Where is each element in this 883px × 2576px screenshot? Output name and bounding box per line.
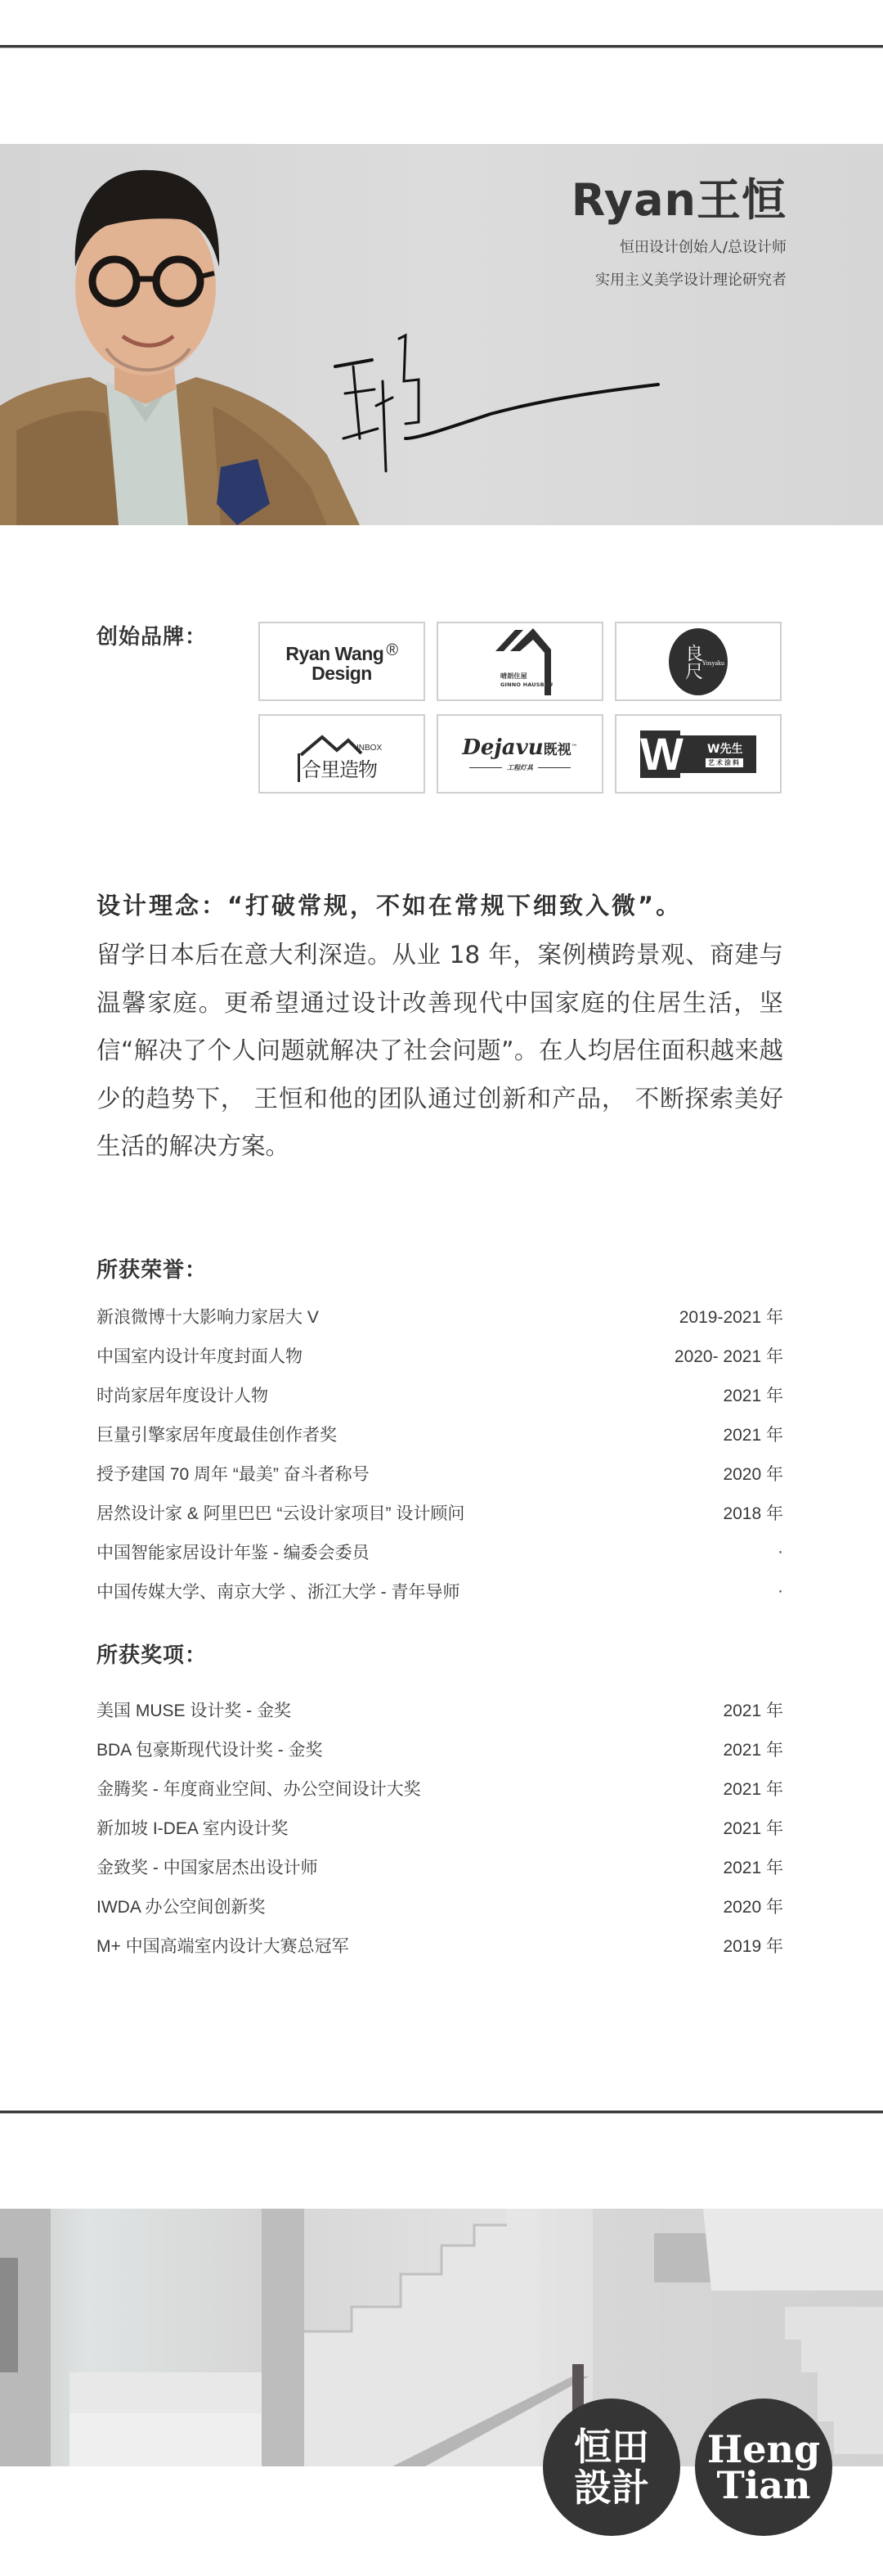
hengtian-cn-badge: 恒田 設計 xyxy=(543,2398,680,2536)
honor-year: 2018 年 xyxy=(723,1500,783,1525)
honor-year: 2021 年 xyxy=(723,1422,783,1446)
award-year: 2021 年 xyxy=(723,1776,783,1801)
awards-list: 美国 MUSE 设计奖 - 金奖2021 年 BDA 包豪斯现代设计奖 - 金奖… xyxy=(96,1690,783,1965)
honor-name: 中国传媒大学、南京大学 、浙江大学 - 青年导师 xyxy=(96,1579,460,1603)
design-philosophy-body: 留学日本后在意大利深造。从业 18 年，案例横跨景观、商建与温馨家庭。更希望通过… xyxy=(96,931,783,1171)
honors-list: 新浪微博十大影响力家居大 V2019-2021 年 中国室内设计年度封面人物20… xyxy=(96,1297,783,1611)
registered-mark-icon: ® xyxy=(386,641,397,659)
awards-heading: 所获奖项： xyxy=(96,1639,207,1669)
badge-en-line1: Heng xyxy=(707,2431,820,2467)
award-year: 2021 年 xyxy=(723,1854,783,1879)
award-row: M+ 中国高端室内设计大赛总冠军2019 年 xyxy=(96,1926,783,1965)
award-year: 2021 年 xyxy=(723,1737,783,1761)
logo-cn-text: 晴朗住屋 xyxy=(500,672,553,681)
award-row: IWDA 办公空间创新奖2020 年 xyxy=(96,1886,783,1926)
honor-year: 2021 年 xyxy=(723,1382,783,1407)
hero-banner: Ryan王恒 恒田设计创始人/总设计师 实用主义美学设计理论研究者 xyxy=(0,144,883,525)
logo-letter: W xyxy=(640,731,680,778)
designer-title: 恒田设计创始人/总设计师 xyxy=(620,236,787,257)
honor-row: 授予建国 70 周年 “最美” 奋斗者称号2020 年 xyxy=(96,1454,783,1493)
award-name: 金腾奖 - 年度商业空间、办公空间设计大奖 xyxy=(96,1776,421,1801)
logo-en-text: INBOX xyxy=(356,744,382,753)
badge-cn-line1: 恒田 xyxy=(574,2426,649,2467)
award-name: 美国 MUSE 设计奖 - 金奖 xyxy=(96,1697,291,1722)
award-row: BDA 包豪斯现代设计奖 - 金奖2021 年 xyxy=(96,1729,783,1769)
honor-name: 时尚家居年度设计人物 xyxy=(96,1382,268,1407)
award-name: BDA 包豪斯现代设计奖 - 金奖 xyxy=(96,1737,323,1761)
brand-logo-grid: Ryan Wang® Design 晴朗住屋 GINNO HAUSBAU 良尺 … xyxy=(258,622,783,793)
honor-row: 中国传媒大学、南京大学 、浙江大学 - 青年导师· xyxy=(96,1571,783,1611)
award-year: 2019 年 xyxy=(723,1933,783,1958)
honor-row: 中国室内设计年度封面人物2020- 2021 年 xyxy=(96,1336,783,1375)
logo-ryan-wang-design: Ryan Wang® Design xyxy=(258,622,425,701)
honor-name: 居然设计家 & 阿里巴巴 “云设计家项目” 设计顾问 xyxy=(96,1500,464,1525)
award-name: 新加坡 I-DEA 室内设计奖 xyxy=(96,1815,289,1840)
signature-image xyxy=(327,332,679,479)
logo-inbox: INBOX 合里造物 xyxy=(258,714,425,793)
award-row: 金腾奖 - 年度商业空间、办公空间设计大奖2021 年 xyxy=(96,1769,783,1808)
award-row: 金致奖 - 中国家居杰出设计师2021 年 xyxy=(96,1847,783,1886)
logo-ginno-hausbau: 晴朗住屋 GINNO HAUSBAU xyxy=(437,622,603,701)
logo-mr-w: W W先生 艺术涂料 xyxy=(615,714,782,793)
divider-line xyxy=(538,767,571,768)
logo-dejavu: Dejavu既视™ 工程灯具 xyxy=(437,714,603,793)
award-row: 新加坡 I-DEA 室内设计奖2021 年 xyxy=(96,1808,783,1847)
logo-cn-text: 合里造物 xyxy=(298,753,377,782)
logo-tagline: 工程灯具 xyxy=(507,763,533,772)
award-row: 美国 MUSE 设计奖 - 金奖2021 年 xyxy=(96,1690,783,1729)
logo-yosyaku: 良尺 Yosyaku xyxy=(615,622,782,701)
logo-text-line2: Design xyxy=(312,663,372,684)
honor-name: 中国室内设计年度封面人物 xyxy=(96,1343,303,1368)
designer-role: 实用主义美学设计理论研究者 xyxy=(595,268,787,290)
award-year: 2021 年 xyxy=(723,1697,783,1722)
portrait-photo xyxy=(0,144,360,525)
logo-cn-text: W先生 xyxy=(707,740,742,757)
honor-row: 时尚家居年度设计人物2021 年 xyxy=(96,1375,783,1414)
award-year: 2021 年 xyxy=(723,1815,783,1840)
logo-en-text: Yosyaku xyxy=(701,659,724,667)
honor-row: 巨量引擎家居年度最佳创作者奖2021 年 xyxy=(96,1414,783,1454)
logo-en-text: Dejavu xyxy=(462,735,543,760)
honor-year: · xyxy=(778,1542,783,1562)
logo-en-text: GINNO HAUSBAU xyxy=(500,681,553,689)
brands-label: 创始品牌： xyxy=(96,620,207,650)
award-name: M+ 中国高端室内设计大赛总冠军 xyxy=(96,1933,349,1958)
bottom-divider xyxy=(0,2111,883,2113)
hengtian-en-badge: Heng Tian xyxy=(695,2398,832,2536)
award-year: 2020 年 xyxy=(723,1894,783,1918)
trademark-icon: ™ xyxy=(571,744,578,751)
honor-year: 2020- 2021 年 xyxy=(675,1343,783,1368)
honor-name: 中国智能家居设计年鉴 - 编委会委员 xyxy=(96,1540,370,1564)
award-name: IWDA 办公空间创新奖 xyxy=(96,1894,266,1918)
honor-row: 中国智能家居设计年鉴 - 编委会委员· xyxy=(96,1532,783,1571)
house-roof-icon xyxy=(463,627,577,700)
honor-name: 巨量引擎家居年度最佳创作者奖 xyxy=(96,1422,337,1446)
honor-name: 新浪微博十大影响力家居大 V xyxy=(96,1304,319,1328)
logo-cn-text: 既视 xyxy=(544,742,571,758)
w-block-mark: W W先生 艺术涂料 xyxy=(640,735,756,773)
logo-text-line1: Ryan Wang xyxy=(285,643,383,664)
honor-name: 授予建国 70 周年 “最美” 奋斗者称号 xyxy=(96,1461,370,1486)
badge-en-line2: Tian xyxy=(707,2467,820,2503)
honor-year: 2019-2021 年 xyxy=(679,1304,783,1328)
divider-line xyxy=(469,767,502,768)
design-philosophy-heading: 设计理念：“打破常规，不如在常规下细致入微”。 xyxy=(96,888,682,921)
honor-year: · xyxy=(778,1581,783,1601)
honor-row: 居然设计家 & 阿里巴巴 “云设计家项目” 设计顾问2018 年 xyxy=(96,1493,783,1532)
designer-name: Ryan王恒 xyxy=(571,165,787,228)
logo-tagline: 艺术涂料 xyxy=(706,758,743,767)
top-divider xyxy=(0,45,883,47)
yosyaku-circle-mark: 良尺 Yosyaku xyxy=(669,628,728,695)
badge-cn-line2: 設計 xyxy=(574,2467,649,2508)
honor-year: 2020 年 xyxy=(723,1461,783,1486)
honor-row: 新浪微博十大影响力家居大 V2019-2021 年 xyxy=(96,1297,783,1336)
award-name: 金致奖 - 中国家居杰出设计师 xyxy=(96,1854,318,1879)
honors-heading: 所获荣誉： xyxy=(96,1253,207,1284)
